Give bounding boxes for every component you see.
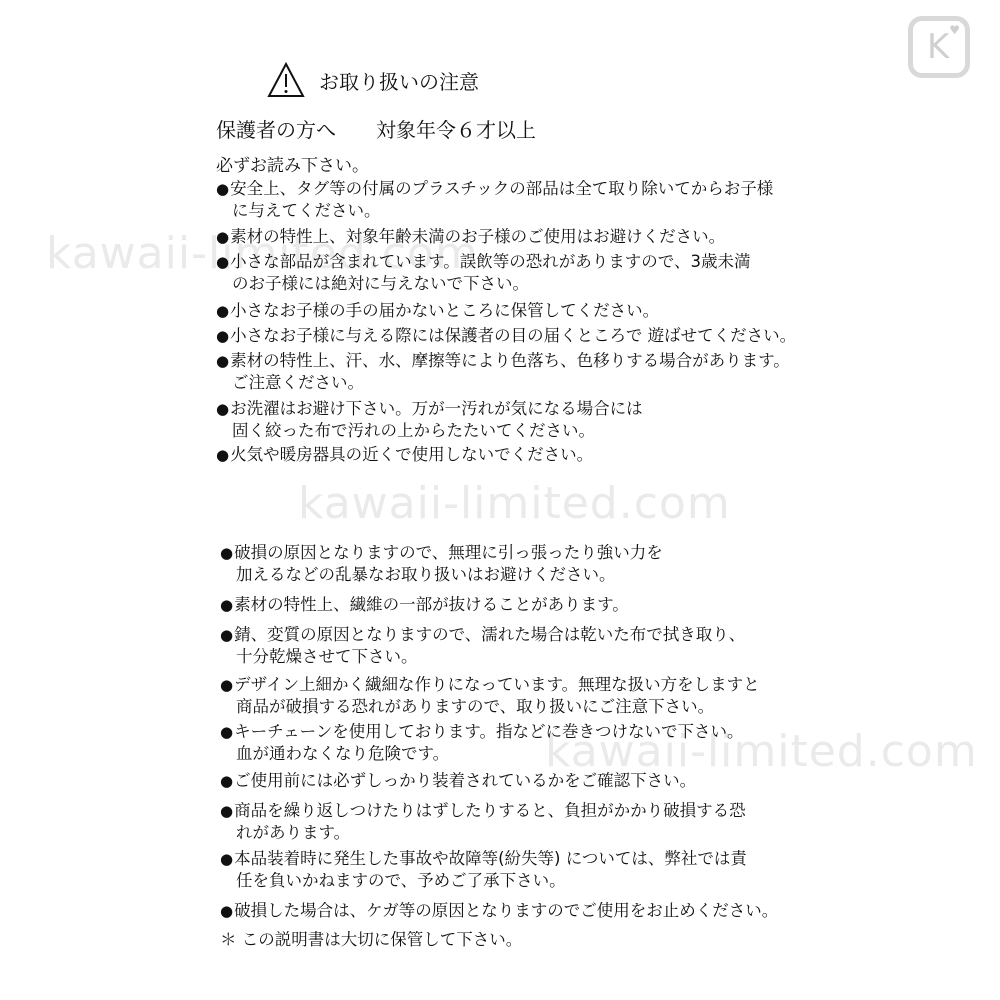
- caution-item: ●ご使用前には必ずしっかり装着されているかをご確認下さい。: [220, 770, 696, 792]
- logo-letter: K: [927, 27, 949, 67]
- caution-item: ●破損した場合は、ケガ等の原因となりますのでご使用をお止めください。: [220, 900, 778, 922]
- footer-note: ＊ この説明書は大切に保管して下さい。: [220, 929, 522, 951]
- asterisk-mark: ＊: [220, 930, 237, 949]
- caution-item: ●本品装着時に発生した事故や故障等(紛失等) については、弊社では責任を負いかね…: [220, 848, 747, 892]
- page-title: お取り扱いの注意: [319, 66, 479, 95]
- caution-item: ●小さな部品が含まれています。誤飲等の恐れがありますので、3歳未満のお子様には絶…: [216, 251, 750, 295]
- caution-item: ●お洗濯はお避け下さい。万が一汚れが気になる場合には固く絞った布で汚れの上からた…: [216, 398, 643, 442]
- caution-item: ●安全上、タグ等の付属のプラスチックの部品は全て取り除いてからお子様に与えてくだ…: [216, 178, 773, 222]
- caution-item: ●素材の特性上、対象年齢未満のお子様のご使用はお避けください。: [216, 226, 725, 248]
- guardian-notice: 保護者の方へ 対象年令６才以上: [216, 114, 536, 143]
- heart-icon: ♥: [949, 23, 960, 37]
- caution-item: ●小さなお子様に与える際には保護者の目の届くところで 遊ばせてください。: [216, 325, 796, 347]
- warning-triangle-icon: [267, 62, 305, 98]
- title-row: お取り扱いの注意: [267, 62, 479, 98]
- caution-item: ●錆、変質の原因となりますので、濡れた場合は乾いた布で拭き取り、十分乾燥させて下…: [220, 624, 745, 668]
- caution-item: ●破損の原因となりますので、無理に引っ張ったり強い力を加えるなどの乱暴なお取り扱…: [220, 542, 663, 586]
- kawaii-logo: K ♥: [908, 16, 970, 78]
- caution-item: ●素材の特性上、繊維の一部が抜けることがあります。: [220, 594, 629, 616]
- caution-item: ●小さなお子様の手の届かないところに保管してください。: [216, 300, 659, 322]
- watermark: kawaii-limited.com: [298, 478, 731, 529]
- caution-item: ●商品を繰り返しつけたりはずしたりすると、負担がかかり破損する恐れがあります。: [220, 800, 746, 844]
- caution-item: ●火気や暖房器具の近くで使用しないでください。: [216, 444, 593, 466]
- caution-item: ●キーチェーンを使用しております。指などに巻きつけないで下さい。血が通わなくなり…: [220, 721, 743, 765]
- caution-item: ●素材の特性上、汗、水、摩擦等により色落ち、色移りする場合があります。ご注意くだ…: [216, 350, 790, 394]
- caution-item: ●デザイン上細かく繊細な作りになっています。無理な扱い方をしますと商品が破損する…: [220, 674, 760, 718]
- must-read-notice: 必ずお読み下さい。: [216, 151, 369, 176]
